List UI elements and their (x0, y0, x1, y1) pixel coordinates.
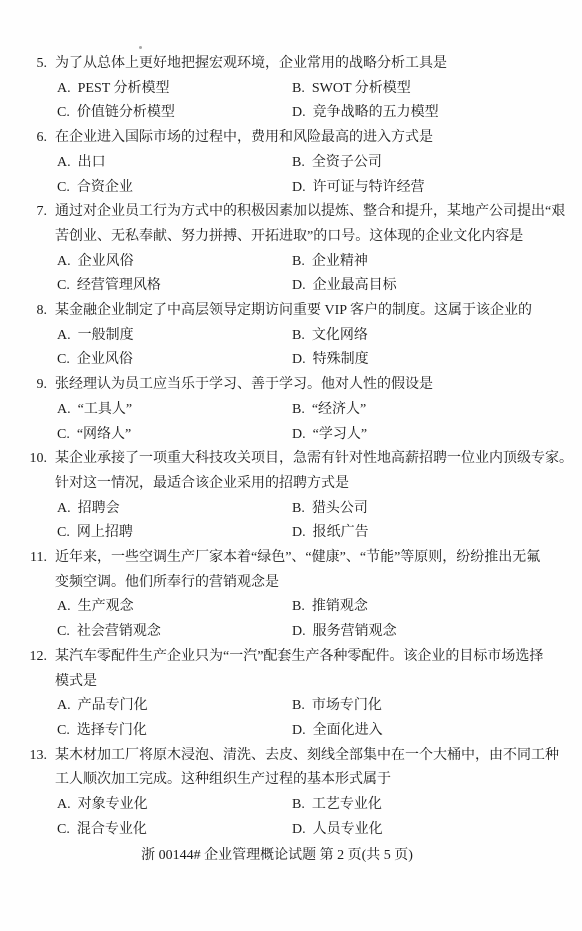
question-stem: 7.通过对企业员工行为方式中的积极因素加以提炼、整合和提升，某地产公司提出“艰苦… (0, 200, 582, 249)
question-block: 5.为了从总体上更好地把握宏观环境，企业常用的战略分析工具是 A.PEST 分析… (0, 52, 582, 126)
question-number: 13. (0, 744, 47, 769)
question-stem: 11.近年来，一些空调生产厂家本着“绿色”、“健康”、“节能”等原则，纷纷推出无… (0, 546, 582, 595)
option-a: A.“工具人” (57, 398, 292, 423)
question-stem-text: 变频空调。他们所奉行的营销观念是 (55, 575, 279, 590)
option-c-label: C. (57, 274, 70, 299)
option-d-text: “学习人” (313, 427, 367, 442)
option-c: C.选择专门化 (57, 719, 292, 744)
option-b-label: B. (292, 694, 305, 719)
option-a-label: A. (57, 151, 71, 176)
option-c: C.合资企业 (57, 176, 292, 201)
option-c-text: 经营管理风格 (77, 278, 161, 293)
option-b-text: 文化网络 (312, 328, 368, 343)
question-stem-text: 通过对企业员工行为方式中的积极因素加以提炼、整合和提升，某地产公司提出“艰 (55, 204, 565, 219)
question-stem-line: 13.某木材加工厂将原木浸泡、清洗、去皮、刻线全部集中在一个大桶中，由不同工种 (0, 744, 582, 769)
option-d: D.特殊制度 (292, 348, 582, 373)
question-number: 10. (0, 447, 47, 472)
question-stem-text: 某企业承接了一项重大科技攻关项目，急需有针对性地高薪招聘一位业内顶级专家。 (55, 451, 573, 466)
option-b: B.企业精神 (292, 250, 582, 275)
question-block: 12.某汽车零配件生产企业只为“一汽”配套生产各种零配件。该企业的目标市场选择模… (0, 645, 582, 744)
option-c-text: 混合专业化 (77, 822, 147, 837)
option-a-label: A. (57, 694, 71, 719)
option-a: A.产品专门化 (57, 694, 292, 719)
option-c-text: 合资企业 (77, 180, 133, 195)
option-c-text: 网上招聘 (77, 525, 133, 540)
option-b-label: B. (292, 250, 305, 275)
option-a-label: A. (57, 793, 71, 818)
option-d: D.人员专业化 (292, 818, 582, 843)
option-b-text: 猎头公司 (312, 501, 368, 516)
option-a-text: PEST 分析模型 (78, 81, 170, 96)
question-number: 6. (0, 126, 47, 151)
question-number: 12. (0, 645, 47, 670)
option-b-text: 推销观念 (312, 599, 368, 614)
option-b-text: SWOT 分析模型 (312, 81, 411, 96)
option-b: B.工艺专业化 (292, 793, 582, 818)
options-grid: A.生产观念 B.推销观念 C.社会营销观念 D.服务营销观念 (0, 595, 582, 644)
options-grid: A.一般制度 B.文化网络 C.企业风俗 D.特殊制度 (0, 324, 582, 373)
option-b: B.“经济人” (292, 398, 582, 423)
options-grid: A.产品专门化 B.市场专门化 C.选择专门化 D.全面化进入 (0, 694, 582, 743)
option-a-label: A. (57, 77, 71, 102)
option-a: A.出口 (57, 151, 292, 176)
scan-artifact-dot (139, 46, 142, 49)
question-stem-line: 模式是 (0, 670, 582, 695)
option-c-label: C. (57, 818, 70, 843)
options-grid: A.对象专业化 B.工艺专业化 C.混合专业化 D.人员专业化 (0, 793, 582, 842)
option-a-text: “工具人” (78, 402, 132, 417)
question-stem-text: 某汽车零配件生产企业只为“一汽”配套生产各种零配件。该企业的目标市场选择 (55, 649, 543, 664)
question-stem-text: 针对这一情况，最适合该企业采用的招聘方式是 (55, 476, 349, 491)
option-c-text: 企业风俗 (77, 352, 133, 367)
option-a-label: A. (57, 595, 71, 620)
option-d-text: 人员专业化 (313, 822, 383, 837)
question-number: 5. (0, 52, 47, 77)
question-stem: 10.某企业承接了一项重大科技攻关项目，急需有针对性地高薪招聘一位业内顶级专家。… (0, 447, 582, 496)
questions-list: 5.为了从总体上更好地把握宏观环境，企业常用的战略分析工具是 A.PEST 分析… (0, 52, 582, 843)
question-number: 7. (0, 200, 47, 225)
option-a: A.企业风俗 (57, 250, 292, 275)
option-b: B.文化网络 (292, 324, 582, 349)
option-b-text: 企业精神 (312, 254, 368, 269)
question-stem-line: 6.在企业进入国际市场的过程中，费用和风险最高的进入方式是 (0, 126, 582, 151)
option-b: B.猎头公司 (292, 497, 582, 522)
option-c: C.经营管理风格 (57, 274, 292, 299)
question-stem: 9.张经理认为员工应当乐于学习、善于学习。他对人性的假设是 (0, 373, 582, 398)
question-stem-line: 变频空调。他们所奉行的营销观念是 (0, 571, 582, 596)
question-stem-text: 工人顺次加工完成。这种组织生产过程的基本形式属于 (55, 772, 391, 787)
option-a-text: 企业风俗 (78, 254, 134, 269)
option-d-text: 竞争战略的五力模型 (313, 105, 439, 120)
option-d: D.服务营销观念 (292, 620, 582, 645)
question-block: 13.某木材加工厂将原木浸泡、清洗、去皮、刻线全部集中在一个大桶中，由不同工种工… (0, 744, 582, 843)
option-d-label: D. (292, 101, 306, 126)
option-b-label: B. (292, 793, 305, 818)
question-block: 9.张经理认为员工应当乐于学习、善于学习。他对人性的假设是 A.“工具人” B.… (0, 373, 582, 447)
options-grid: A.PEST 分析模型 B.SWOT 分析模型 C.价值链分析模型 D.竞争战略… (0, 77, 582, 126)
option-c-label: C. (57, 348, 70, 373)
option-a: A.一般制度 (57, 324, 292, 349)
option-d: D.许可证与特许经营 (292, 176, 582, 201)
question-stem: 5.为了从总体上更好地把握宏观环境，企业常用的战略分析工具是 (0, 52, 582, 77)
option-a-label: A. (57, 250, 71, 275)
question-stem: 8.某金融企业制定了中高层领导定期访问重要 VIP 客户的制度。这属于该企业的 (0, 299, 582, 324)
option-c: C.混合专业化 (57, 818, 292, 843)
option-c: C.社会营销观念 (57, 620, 292, 645)
question-block: 11.近年来，一些空调生产厂家本着“绿色”、“健康”、“节能”等原则，纷纷推出无… (0, 546, 582, 645)
question-stem-text: 某金融企业制定了中高层领导定期访问重要 VIP 客户的制度。这属于该企业的 (55, 303, 532, 318)
question-stem: 6.在企业进入国际市场的过程中，费用和风险最高的进入方式是 (0, 126, 582, 151)
option-c-label: C. (57, 423, 70, 448)
question-stem-line: 11.近年来，一些空调生产厂家本着“绿色”、“健康”、“节能”等原则，纷纷推出无… (0, 546, 582, 571)
question-stem-line: 7.通过对企业员工行为方式中的积极因素加以提炼、整合和提升，某地产公司提出“艰 (0, 200, 582, 225)
option-d: D.报纸广告 (292, 521, 582, 546)
question-stem-text: 在企业进入国际市场的过程中，费用和风险最高的进入方式是 (55, 130, 433, 145)
question-stem-line: 工人顺次加工完成。这种组织生产过程的基本形式属于 (0, 768, 582, 793)
option-b: B.全资子公司 (292, 151, 582, 176)
option-d-text: 许可证与特许经营 (313, 180, 425, 195)
option-b-text: 全资子公司 (312, 155, 382, 170)
option-c-text: 社会营销观念 (77, 624, 161, 639)
option-c-label: C. (57, 620, 70, 645)
option-c-text: 价值链分析模型 (77, 105, 175, 120)
question-number: 9. (0, 373, 47, 398)
question-stem-text: 模式是 (55, 674, 97, 689)
option-a-text: 对象专业化 (78, 797, 148, 812)
option-a: A.对象专业化 (57, 793, 292, 818)
option-b-text: 工艺专业化 (312, 797, 382, 812)
question-stem-text: 苦创业、无私奉献、努力拼搏、开拓进取”的口号。这体现的企业文化内容是 (55, 229, 523, 244)
option-d-label: D. (292, 521, 306, 546)
option-d-text: 特殊制度 (313, 352, 369, 367)
option-c: C.价值链分析模型 (57, 101, 292, 126)
options-grid: A.企业风俗 B.企业精神 C.经营管理风格 D.企业最高目标 (0, 250, 582, 299)
option-c-text: 选择专门化 (77, 723, 147, 738)
question-stem-text: 某木材加工厂将原木浸泡、清洗、去皮、刻线全部集中在一个大桶中，由不同工种 (55, 748, 559, 763)
option-d-label: D. (292, 423, 306, 448)
question-stem: 13.某木材加工厂将原木浸泡、清洗、去皮、刻线全部集中在一个大桶中，由不同工种工… (0, 744, 582, 793)
option-c-label: C. (57, 521, 70, 546)
option-b: B.市场专门化 (292, 694, 582, 719)
question-stem-line: 5.为了从总体上更好地把握宏观环境，企业常用的战略分析工具是 (0, 52, 582, 77)
option-b: B.推销观念 (292, 595, 582, 620)
option-d-text: 报纸广告 (313, 525, 369, 540)
option-d: D.全面化进入 (292, 719, 582, 744)
option-a: A.PEST 分析模型 (57, 77, 292, 102)
option-c-label: C. (57, 176, 70, 201)
question-stem-line: 12.某汽车零配件生产企业只为“一汽”配套生产各种零配件。该企业的目标市场选择 (0, 645, 582, 670)
option-a-text: 一般制度 (78, 328, 134, 343)
question-block: 10.某企业承接了一项重大科技攻关项目，急需有针对性地高薪招聘一位业内顶级专家。… (0, 447, 582, 546)
options-grid: A.出口 B.全资子公司 C.合资企业 D.许可证与特许经营 (0, 151, 582, 200)
option-a: A.生产观念 (57, 595, 292, 620)
option-d-label: D. (292, 348, 306, 373)
option-d-text: 全面化进入 (313, 723, 383, 738)
question-stem-line: 10.某企业承接了一项重大科技攻关项目，急需有针对性地高薪招聘一位业内顶级专家。 (0, 447, 582, 472)
question-block: 6.在企业进入国际市场的过程中，费用和风险最高的进入方式是 A.出口 B.全资子… (0, 126, 582, 200)
question-stem: 12.某汽车零配件生产企业只为“一汽”配套生产各种零配件。该企业的目标市场选择模… (0, 645, 582, 694)
option-d-label: D. (292, 620, 306, 645)
question-stem-line: 9.张经理认为员工应当乐于学习、善于学习。他对人性的假设是 (0, 373, 582, 398)
option-a-text: 产品专门化 (78, 698, 148, 713)
option-d-label: D. (292, 818, 306, 843)
option-a-text: 生产观念 (78, 599, 134, 614)
options-grid: A.招聘会 B.猎头公司 C.网上招聘 D.报纸广告 (0, 497, 582, 546)
option-b-label: B. (292, 497, 305, 522)
option-a-label: A. (57, 497, 71, 522)
option-b-label: B. (292, 77, 305, 102)
option-a-label: A. (57, 324, 71, 349)
option-c: C.“网络人” (57, 423, 292, 448)
question-stem-text: 为了从总体上更好地把握宏观环境，企业常用的战略分析工具是 (55, 56, 447, 71)
option-a-text: 招聘会 (78, 501, 120, 516)
option-b-label: B. (292, 324, 305, 349)
exam-page: 5.为了从总体上更好地把握宏观环境，企业常用的战略分析工具是 A.PEST 分析… (0, 0, 582, 931)
option-d: D.竞争战略的五力模型 (292, 101, 582, 126)
option-d: D.企业最高目标 (292, 274, 582, 299)
question-stem-text: 近年来，一些空调生产厂家本着“绿色”、“健康”、“节能”等原则，纷纷推出无氟 (55, 550, 540, 565)
option-d: D.“学习人” (292, 423, 582, 448)
option-c: C.网上招聘 (57, 521, 292, 546)
options-grid: A.“工具人” B.“经济人” C.“网络人” D.“学习人” (0, 398, 582, 447)
option-a: A.招聘会 (57, 497, 292, 522)
option-b: B.SWOT 分析模型 (292, 77, 582, 102)
question-block: 7.通过对企业员工行为方式中的积极因素加以提炼、整合和提升，某地产公司提出“艰苦… (0, 200, 582, 299)
question-stem-text: 张经理认为员工应当乐于学习、善于学习。他对人性的假设是 (55, 377, 433, 392)
question-stem-line: 针对这一情况，最适合该企业采用的招聘方式是 (0, 472, 582, 497)
option-d-label: D. (292, 719, 306, 744)
option-b-text: 市场专门化 (312, 698, 382, 713)
option-b-text: “经济人” (312, 402, 366, 417)
option-b-label: B. (292, 595, 305, 620)
option-d-text: 服务营销观念 (313, 624, 397, 639)
question-number: 11. (0, 546, 47, 571)
question-block: 8.某金融企业制定了中高层领导定期访问重要 VIP 客户的制度。这属于该企业的 … (0, 299, 582, 373)
option-b-label: B. (292, 151, 305, 176)
option-a-label: A. (57, 398, 71, 423)
option-d-label: D. (292, 274, 306, 299)
option-c-text: “网络人” (77, 427, 131, 442)
option-a-text: 出口 (78, 155, 106, 170)
option-c: C.企业风俗 (57, 348, 292, 373)
page-footer: 浙 00144# 企业管理概论试题 第 2 页(共 5 页) (0, 846, 582, 866)
question-number: 8. (0, 299, 47, 324)
question-stem-line: 8.某金融企业制定了中高层领导定期访问重要 VIP 客户的制度。这属于该企业的 (0, 299, 582, 324)
option-d-label: D. (292, 176, 306, 201)
option-d-text: 企业最高目标 (313, 278, 397, 293)
question-stem-line: 苦创业、无私奉献、努力拼搏、开拓进取”的口号。这体现的企业文化内容是 (0, 225, 582, 250)
option-c-label: C. (57, 719, 70, 744)
option-b-label: B. (292, 398, 305, 423)
option-c-label: C. (57, 101, 70, 126)
